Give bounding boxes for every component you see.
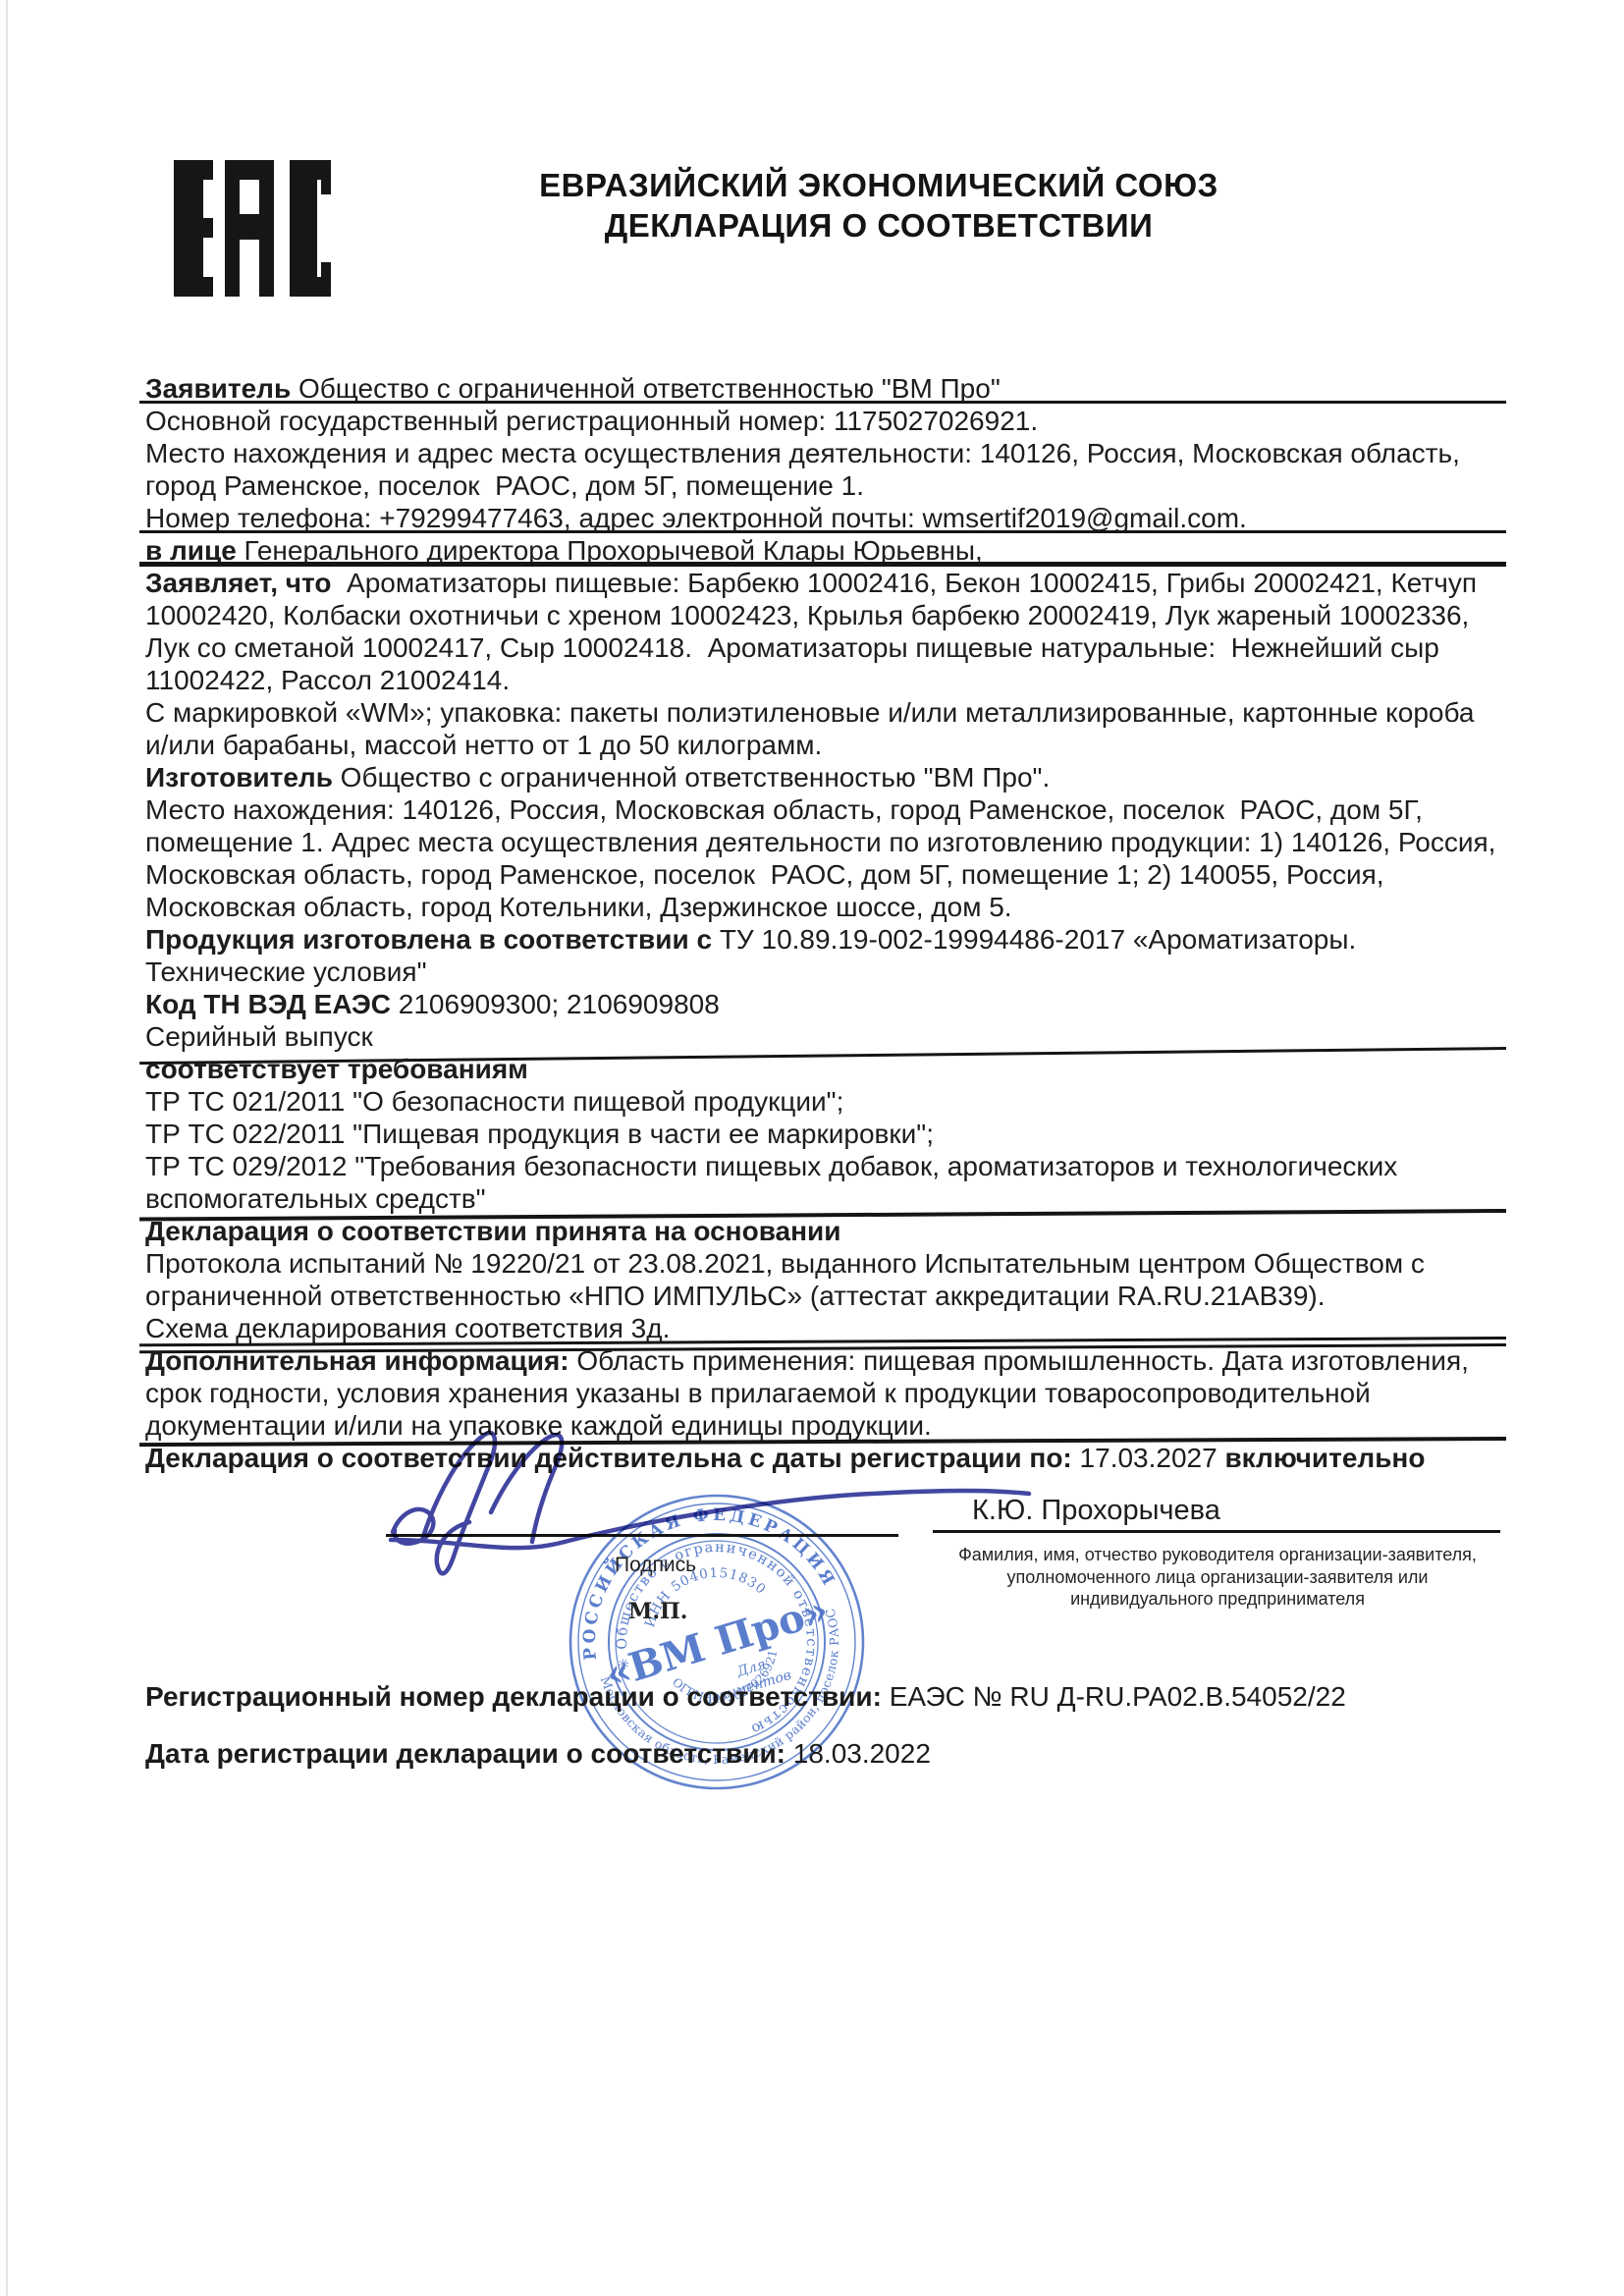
document-lines: Заявитель Общество с ограниченной ответс… (145, 372, 1504, 1474)
registration-number-label: Регистрационный номер декларации о соотв… (145, 1681, 882, 1712)
registration-date-line: Дата регистрации декларации о соответств… (145, 1738, 931, 1770)
document-line: город Раменское, поселок РАОС, дом 5Г, п… (145, 469, 1504, 502)
document-line: срок годности, условия хранения указаны … (145, 1377, 1504, 1409)
document-line: Основной государственный регистрационный… (145, 405, 1504, 437)
document-line: Место нахождения и адрес места осуществл… (145, 437, 1504, 469)
document-line: Заявляет, что Ароматизаторы пищевые: Бар… (145, 567, 1504, 599)
document-line: Декларация о соответствии принята на осн… (145, 1215, 1504, 1247)
document-line: вспомогательных средств" (145, 1182, 1504, 1215)
document-line: и/или барабаны, массой нетто от 1 до 50 … (145, 729, 1504, 761)
document-line: Код ТН ВЭД ЕАЭС 2106909300; 2106909808 (145, 988, 1504, 1020)
role-line2: уполномоченного лица организации-заявите… (1007, 1567, 1429, 1587)
document-line: Продукция изготовлена в соответствии с Т… (145, 923, 1504, 956)
document-line: Лук со сметаной 10002417, Сыр 10002418. … (145, 631, 1504, 664)
document-line: Дополнительная информация: Область приме… (145, 1344, 1504, 1377)
title-line2: ДЕКЛАРАЦИЯ О СООТВЕТСТВИИ (605, 207, 1154, 244)
document-line: Номер телефона: +79299477463, адрес элек… (145, 502, 1504, 534)
document-line: Схема декларирования соответствия 3д. (145, 1312, 1504, 1344)
declaration-document: ЕВРАЗИЙСКИЙ ЭКОНОМИЧЕСКИЙ СОЮЗ ДЕКЛАРАЦИ… (0, 0, 1624, 2296)
handwritten-signature (373, 1414, 1060, 1611)
eac-logo-icon (174, 160, 331, 297)
role-line3: индивидуального предпринимателя (1070, 1589, 1365, 1609)
document-line: Протокола испытаний № 19220/21 от 23.08.… (145, 1247, 1504, 1280)
document-line: С маркировкой «WM»; упаковка: пакеты пол… (145, 696, 1504, 729)
document-line: в лице Генерального директора Прохорычев… (145, 534, 1504, 567)
document-line: помещение 1. Адрес места осуществления д… (145, 826, 1504, 858)
document-line: Изготовитель Общество с ограниченной отв… (145, 761, 1504, 793)
title-line1: ЕВРАЗИЙСКИЙ ЭКОНОМИЧЕСКИЙ СОЮЗ (539, 167, 1218, 203)
registration-date-value: 18.03.2022 (785, 1738, 931, 1769)
document-line: 10002420, Колбаски охотничьи с хреном 10… (145, 599, 1504, 631)
scan-edge-artifact (6, 0, 8, 2296)
registration-number-line: Регистрационный номер декларации о соотв… (145, 1681, 1346, 1713)
document-line: ТР ТС 021/2011 "О безопасности пищевой п… (145, 1085, 1504, 1118)
document-line: Московская область, город Котельники, Дз… (145, 891, 1504, 923)
document-line: Место нахождения: 140126, Россия, Москов… (145, 793, 1504, 826)
document-line: ограниченной ответственностью «НПО ИМПУЛ… (145, 1280, 1504, 1312)
document-line: Технические условия" (145, 956, 1504, 988)
document-line: ТР ТС 022/2011 "Пищевая продукция в част… (145, 1118, 1504, 1150)
document-line: ТР ТС 029/2012 "Требования безопасности … (145, 1150, 1504, 1182)
document-title: ЕВРАЗИЙСКИЙ ЭКОНОМИЧЕСКИЙ СОЮЗ ДЕКЛАРАЦИ… (535, 165, 1222, 246)
document-line: соответствует требованиям (145, 1053, 1504, 1085)
document-line: Заявитель Общество с ограниченной ответс… (145, 372, 1504, 405)
registration-number-value: ЕАЭС № RU Д-RU.РА02.В.54052/22 (882, 1681, 1346, 1712)
registration-date-label: Дата регистрации декларации о соответств… (145, 1738, 785, 1769)
document-line: Московская область, город Раменское, пос… (145, 858, 1504, 891)
document-line: Серийный выпуск (145, 1020, 1504, 1053)
document-line: 11002422, Рассол 21002414. (145, 664, 1504, 696)
